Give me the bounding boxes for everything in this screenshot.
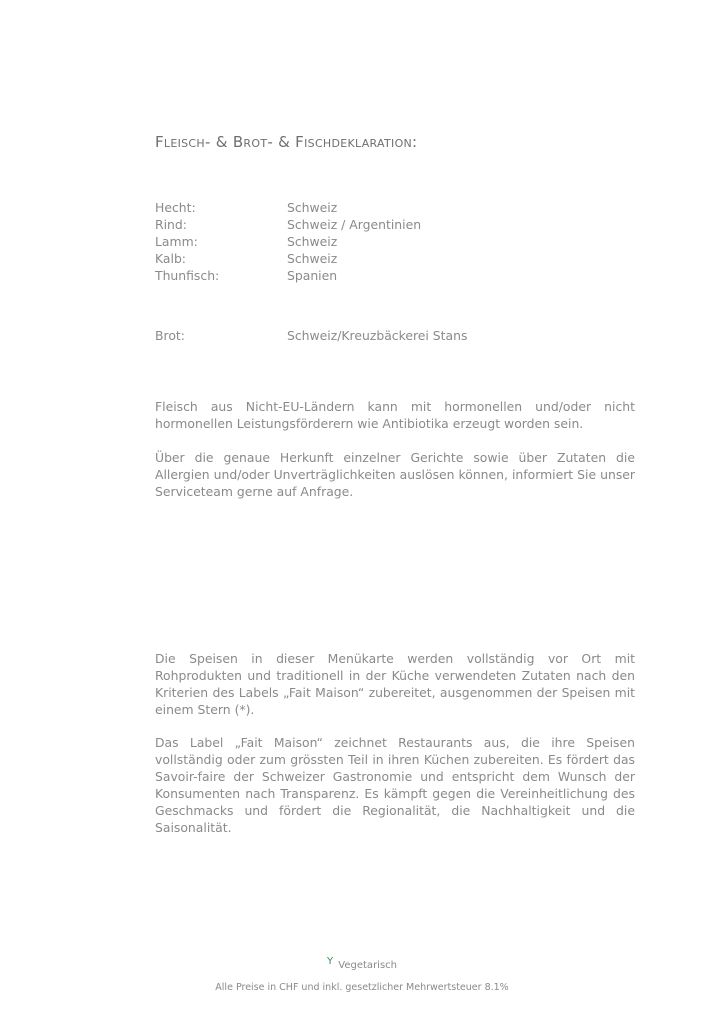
page-title: Fleisch- & Brot- & Fischdeklaration: <box>155 133 417 151</box>
declaration-label: Thunfisch: <box>155 267 287 284</box>
declaration-label: Kalb: <box>155 250 287 267</box>
declaration-value: Schweiz <box>287 199 337 216</box>
declaration-label: Hecht: <box>155 199 287 216</box>
declaration-value: Schweiz/Kreuzbäckerei Stans <box>287 327 467 344</box>
price-note: Alle Preise in CHF und inkl. gesetzliche… <box>0 982 724 993</box>
origin-declaration-list: Hecht: Schweiz Rind: Schweiz / Argentini… <box>155 199 421 284</box>
declaration-row-rind: Rind: Schweiz / Argentinien <box>155 216 421 233</box>
declaration-value: Spanien <box>287 267 337 284</box>
declaration-row-brot: Brot: Schweiz/Kreuzbäckerei Stans <box>155 327 467 344</box>
vegetarian-legend-label: Vegetarisch <box>338 960 397 971</box>
declaration-label: Lamm: <box>155 233 287 250</box>
declaration-value: Schweiz / Argentinien <box>287 216 421 233</box>
vegetarian-legend: Y Vegetarisch <box>0 960 724 971</box>
declaration-label: Rind: <box>155 216 287 233</box>
paragraph-hormones: Fleisch aus Nicht-EU-Ländern kann mit ho… <box>155 398 635 432</box>
declaration-row-hecht: Hecht: Schweiz <box>155 199 421 216</box>
paragraph-fait-maison-menu: Die Speisen in dieser Menükarte werden v… <box>155 650 635 718</box>
paragraph-allergens: Über die genaue Herkunft einzelner Geric… <box>155 449 635 500</box>
declaration-label: Brot: <box>155 327 287 344</box>
declaration-row-lamm: Lamm: Schweiz <box>155 233 421 250</box>
paragraph-fait-maison-label: Das Label „Fait Maison“ zeichnet Restaur… <box>155 734 635 836</box>
declaration-row-kalb: Kalb: Schweiz <box>155 250 421 267</box>
declaration-row-thunfisch: Thunfisch: Spanien <box>155 267 421 284</box>
declaration-value: Schweiz <box>287 250 337 267</box>
declaration-value: Schweiz <box>287 233 337 250</box>
sprout-icon: Y <box>327 956 333 967</box>
